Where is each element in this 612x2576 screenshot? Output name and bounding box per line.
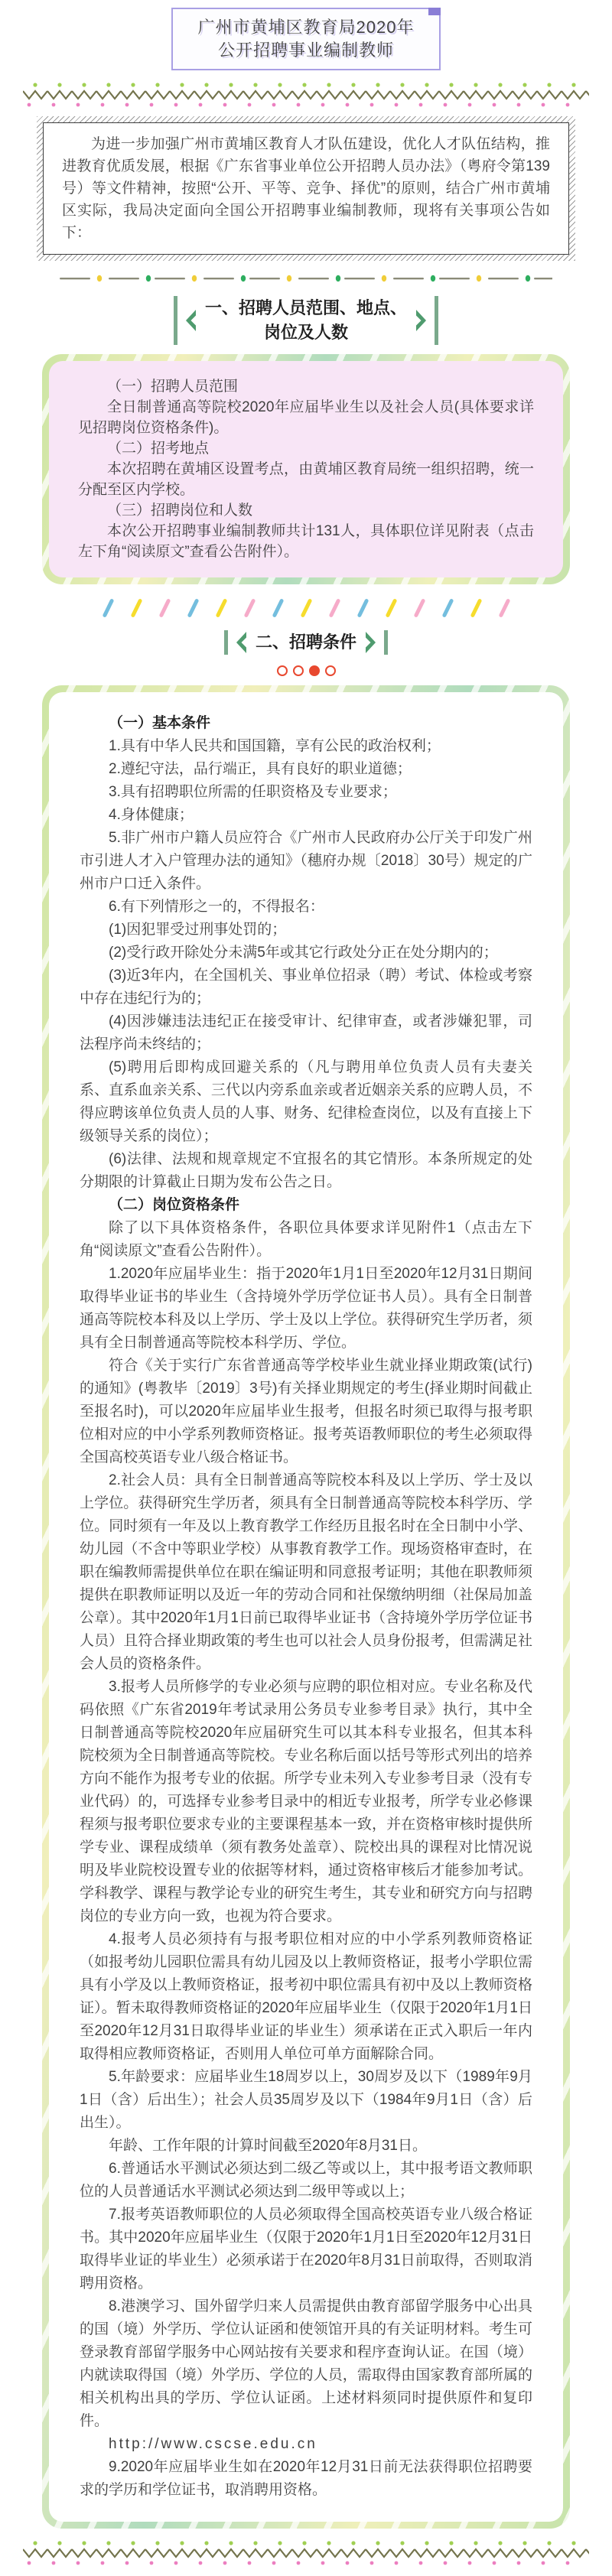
intro-box-inner: 为进一步加强广州市黄埔区教育人才队伍建设，优化人才队伍结构，推进教育优质发展，根… bbox=[43, 122, 569, 255]
section2-heading-text: 二、招聘条件 bbox=[254, 630, 358, 655]
zigzag-divider-top bbox=[23, 81, 589, 109]
conditions-box: （一）基本条件1.具有中华人民共和国国籍，享有公民的政治权利；2.遵纪守法，品行… bbox=[42, 685, 570, 2529]
article-page: 广州市黄埔区教育局2020年 公开招聘事业编制教师 为进一步加强广州市黄埔区教育… bbox=[0, 0, 612, 2576]
paragraph: 5.非广州市户籍人员应符合《广州市人民政府办公厅关于印发广州市引进人才入户管理办… bbox=[80, 827, 532, 896]
page-title-box: 广州市黄埔区教育局2020年 公开招聘事业编制教师 bbox=[171, 8, 441, 70]
paragraph: 5.年龄要求：应届毕业生18周岁以上，30周岁及以下（1989年9月1日（含）后… bbox=[80, 2066, 532, 2135]
paragraph: 7.报考英语教师职位的人员必须取得全国高校英语专业八级合格证书。其中2020年应… bbox=[80, 2204, 532, 2295]
paragraph: （一）基本条件 bbox=[80, 712, 532, 735]
paragraph: 4.报考人员必须持有与报考职位相对应的中小学系列教师资格证（如报考幼儿园职位需具… bbox=[80, 1928, 532, 2066]
section1-heading-text: 一、招聘人员范围、地点、 岗位及人数 bbox=[203, 296, 409, 345]
intro-paragraph: 为进一步加强广州市黄埔区教育人才队伍建设，优化人才队伍结构，推进教育优质发展，根… bbox=[62, 133, 550, 244]
paragraph: 年龄、工作年限的计算时间截至2020年8月31日。 bbox=[80, 2135, 532, 2158]
paragraph: 2.社会人员：具有全日制普通高等院校本科及以上学历、学士及以上学位。获得研究生学… bbox=[80, 1469, 532, 1676]
dot-filled bbox=[309, 665, 320, 676]
left-bracket-icon bbox=[235, 631, 247, 654]
paragraph: 8.港澳学习、国外留学归来人员需提供由教育部留学服务中心出具的国（境）外学历、学… bbox=[80, 2295, 532, 2433]
right-bracket-icon bbox=[415, 309, 428, 332]
link-url[interactable]: http://www.cscse.edu.cn bbox=[80, 2433, 532, 2456]
paragraph: 4.身体健康； bbox=[80, 804, 532, 827]
paragraph: 本次招聘在黄埔区设置考点，由黄埔区教育局统一组织招聘，统一分配至区内学校。 bbox=[78, 459, 534, 500]
paragraph: 6.普通话水平测试必须达到二级乙等或以上，其中报考语文教师职位的人员普通话水平测… bbox=[80, 2158, 532, 2204]
section1-heading-line1: 一、招聘人员范围、地点、 bbox=[205, 296, 407, 320]
dash-dot-divider bbox=[60, 273, 552, 284]
heading-right-bar bbox=[435, 296, 438, 345]
paragraph: （三）招聘岗位和人数 bbox=[78, 500, 534, 521]
paragraph: 3.报考人员所修学的专业必须与应聘的职位相对应。专业名称及代码依照《广东省201… bbox=[80, 1676, 532, 1928]
paragraph: （二）招考地点 bbox=[78, 438, 534, 459]
page-title-line2: 公开招聘事业编制教师 bbox=[176, 39, 436, 62]
paragraph: (3)近3年内，在全国机关、事业单位招录（聘）考试、体检或考察中存在违纪行为的； bbox=[80, 964, 532, 1010]
right-bracket-icon bbox=[365, 631, 377, 654]
paragraph: 1.具有中华人民共和国国籍，享有公民的政治权利； bbox=[80, 735, 532, 758]
heading-left-bar bbox=[174, 296, 177, 345]
paragraph: (1)因犯罪受过刑事处罚的； bbox=[80, 919, 532, 942]
heading-left-bar bbox=[224, 630, 228, 655]
corner-accent bbox=[428, 8, 441, 15]
paragraph: 3.具有招聘职位所需的任职资格及专业要求； bbox=[80, 781, 532, 804]
paragraph: 1.2020年应届毕业生：指于2020年1月1日至2020年12月31日期间取得… bbox=[80, 1263, 532, 1355]
dots-indicator bbox=[0, 665, 612, 676]
paragraph: 本次公开招聘事业编制教师共计131人，具体职位详见附表（点击左下角“阅读原文”查… bbox=[78, 521, 534, 562]
dot bbox=[325, 665, 336, 676]
paragraph: 6.有下列情形之一的，不得报名： bbox=[80, 896, 532, 919]
paragraph: (6)法律、法规和规章规定不宜报名的其它情形。本条所规定的处分期限的计算截止日期… bbox=[80, 1148, 532, 1194]
conditions-content: （一）基本条件1.具有中华人民共和国国籍，享有公民的政治权利；2.遵纪守法，品行… bbox=[49, 692, 563, 2522]
zigzag-divider-bottom bbox=[23, 2539, 589, 2567]
paragraph: (2)受行政开除处分未满5年或其它行政处分正在处分期内的； bbox=[80, 942, 532, 964]
section1-heading: 一、招聘人员范围、地点、 岗位及人数 bbox=[0, 296, 612, 345]
paragraph: (5)聘用后即构成回避关系的（凡与聘用单位负责人员有夫妻关系、直系血亲关系、三代… bbox=[80, 1056, 532, 1148]
section1-heading-line2: 岗位及人数 bbox=[205, 320, 407, 345]
dot bbox=[277, 665, 288, 676]
paragraph: 全日制普通高等院校2020年应届毕业生以及社会人员(具体要求详见招聘岗位资格条件… bbox=[78, 397, 534, 438]
page-title-line1: 广州市黄埔区教育局2020年 bbox=[176, 16, 436, 39]
paragraph: (4)因涉嫌违法违纪正在接受审计、纪律审查，或者涉嫌犯罪，司法程序尚未终结的； bbox=[80, 1010, 532, 1056]
paragraph: 符合《关于实行广东省普通高等学校毕业生就业择业期政策(试行)的通知》(粤教毕〔2… bbox=[80, 1355, 532, 1469]
heading-right-bar bbox=[384, 630, 388, 655]
paragraph: 9.2020年应届毕业生如在2020年12月31日前无法获得职位招聘要求的学历和… bbox=[80, 2456, 532, 2502]
section2-heading: 二、招聘条件 bbox=[0, 630, 612, 655]
paragraph: 除了以下具体资格条件，各职位具体要求详见附件1（点击左下角“阅读原文”查看公告附… bbox=[80, 1217, 532, 1263]
intro-box: 为进一步加强广州市黄埔区教育人才队伍建设，优化人才队伍结构，推进教育优质发展，根… bbox=[37, 116, 575, 261]
paragraph: （二）岗位资格条件 bbox=[80, 1194, 532, 1217]
recruitment-scope-content: （一）招聘人员范围全日制普通高等院校2020年应届毕业生以及社会人员(具体要求详… bbox=[49, 361, 563, 577]
dot bbox=[293, 665, 304, 676]
recruitment-scope-box: （一）招聘人员范围全日制普通高等院校2020年应届毕业生以及社会人员(具体要求详… bbox=[42, 354, 570, 584]
paragraph: （一）招聘人员范围 bbox=[78, 376, 534, 397]
paragraph: 2.遵纪守法，品行端正，具有良好的职业道德； bbox=[80, 758, 532, 781]
slash-divider bbox=[0, 598, 612, 618]
left-bracket-icon bbox=[184, 309, 197, 332]
